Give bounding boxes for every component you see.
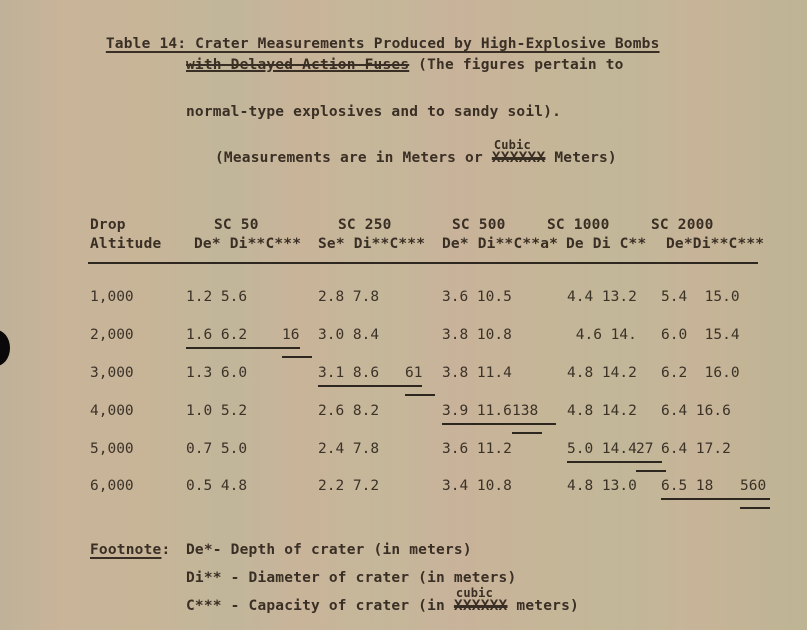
correction-underline	[567, 461, 662, 463]
cell-sc500: 3.6 10.5	[442, 289, 512, 305]
subheader-sc500: De* Di**C**a*	[442, 236, 558, 252]
row-altitude: 5,000	[90, 441, 134, 457]
cell-sc2000: 6.0 15.4	[661, 327, 740, 343]
table-subtitle-line3: normal-type explosives and to sandy soil…	[186, 104, 561, 120]
cell-sc50: 1.6 6.2	[186, 327, 247, 343]
units-pre: (Measurements are in Meters or	[215, 150, 492, 166]
cell-sc1000-c: 27	[636, 441, 653, 457]
header-rule	[88, 262, 758, 264]
capacity-double-underline	[636, 470, 666, 472]
cell-sc500: 3.6 11.2	[442, 441, 512, 457]
capacity-correction: XXXXXXcubic	[454, 598, 508, 614]
table-title-line1: Table 14: Crater Measurements Produced b…	[106, 36, 660, 52]
cell-sc50: 0.5 4.8	[186, 478, 247, 494]
cell-sc2000: 5.4 15.0	[661, 289, 740, 305]
capacity-pre: C*** - Capacity of crater (in	[186, 598, 454, 614]
group-sc500: SC 500	[452, 217, 506, 233]
footnote-capacity: C*** - Capacity of crater (in XXXXXXcubi…	[186, 598, 579, 614]
struck-subtitle: with Delayed-Action Fuses	[186, 57, 409, 73]
subheader-sc250: Se* Di**C***	[318, 236, 425, 252]
cell-sc250: 2.6 8.2	[318, 403, 379, 419]
cell-sc500-c: 138	[512, 403, 538, 419]
group-sc250: SC 250	[338, 217, 392, 233]
cell-sc500: 3.4 10.8	[442, 478, 512, 494]
cell-sc50: 1.2 5.6	[186, 289, 247, 305]
cell-sc250: 2.2 7.2	[318, 478, 379, 494]
units-post: Meters)	[545, 150, 616, 166]
footnote-label: Footnote	[90, 542, 161, 558]
group-sc2000: SC 2000	[651, 217, 714, 233]
subheader-sc1000: De Di C**	[566, 236, 646, 252]
row-altitude: 4,000	[90, 403, 134, 419]
footnote-label-wrap: Footnote:	[90, 542, 170, 558]
cell-sc250: 3.1 8.6	[318, 365, 379, 381]
cell-sc2000: 6.4 17.2	[661, 441, 731, 457]
cell-sc250-c: 61	[405, 365, 422, 381]
capacity-double-underline	[740, 507, 770, 509]
cell-sc50: 1.3 6.0	[186, 365, 247, 381]
capacity-double-underline	[282, 356, 312, 358]
cell-sc2000-c: 560	[740, 478, 766, 494]
footnote-colon: :	[161, 542, 170, 558]
group-sc1000: SC 1000	[547, 217, 610, 233]
cell-sc250: 3.0 8.4	[318, 327, 379, 343]
capacity-double-underline	[512, 432, 542, 434]
cell-sc50: 0.7 5.0	[186, 441, 247, 457]
units-correction: XXXXXXCubic	[492, 150, 546, 166]
units-inserted: Cubic	[494, 138, 531, 152]
cell-sc1000: 5.0 14.4	[567, 441, 637, 457]
correction-underline	[318, 385, 422, 387]
cell-sc1000: 4.6 14.	[567, 327, 637, 343]
cell-sc1000: 4.4 13.2	[567, 289, 637, 305]
header-drop: Drop	[90, 217, 126, 233]
subheader-sc50: De* Di**C***	[194, 236, 301, 252]
header-altitude: Altitude	[90, 236, 161, 252]
punch-hole	[0, 330, 10, 366]
subheader-sc2000: De*Di**C***	[666, 236, 764, 252]
cell-sc1000: 4.8 14.2	[567, 403, 637, 419]
row-altitude: 1,000	[90, 289, 134, 305]
capacity-struck: XXXXXX	[454, 598, 508, 614]
capacity-post: meters)	[508, 598, 579, 614]
correction-underline	[186, 347, 300, 349]
cell-sc500: 3.9 11.6	[442, 403, 512, 419]
table-title-line2: with Delayed-Action Fuses (The figures p…	[186, 57, 624, 73]
correction-underline	[661, 498, 770, 500]
footnote-depth: De*- Depth of crater (in meters)	[186, 542, 472, 558]
cell-sc1000: 4.8 13.0	[567, 478, 637, 494]
correction-underline	[442, 423, 556, 425]
cell-sc2000: 6.4 16.6	[661, 403, 731, 419]
row-altitude: 3,000	[90, 365, 134, 381]
cell-sc2000: 6.2 16.0	[661, 365, 740, 381]
cell-sc500: 3.8 10.8	[442, 327, 512, 343]
table-title: Table 14: Crater Measurements Produced b…	[88, 20, 660, 52]
units-struck: XXXXXX	[492, 150, 546, 166]
cell-sc2000: 6.5 18	[661, 478, 713, 494]
cell-sc50: 1.0 5.2	[186, 403, 247, 419]
footnote-diameter: Di** - Diameter of crater (in meters)	[186, 570, 516, 586]
cell-sc1000: 4.8 14.2	[567, 365, 637, 381]
group-sc50: SC 50	[214, 217, 259, 233]
subtitle-rest: (The figures pertain to	[409, 57, 623, 73]
cell-sc50-c: 16	[282, 327, 299, 343]
cell-sc250: 2.8 7.8	[318, 289, 379, 305]
capacity-inserted: cubic	[456, 586, 493, 600]
cell-sc250: 2.4 7.8	[318, 441, 379, 457]
row-altitude: 2,000	[90, 327, 134, 343]
cell-sc500: 3.8 11.4	[442, 365, 512, 381]
measurement-units-note: (Measurements are in Meters or XXXXXXCub…	[215, 150, 617, 166]
capacity-double-underline	[405, 394, 435, 396]
row-altitude: 6,000	[90, 478, 134, 494]
